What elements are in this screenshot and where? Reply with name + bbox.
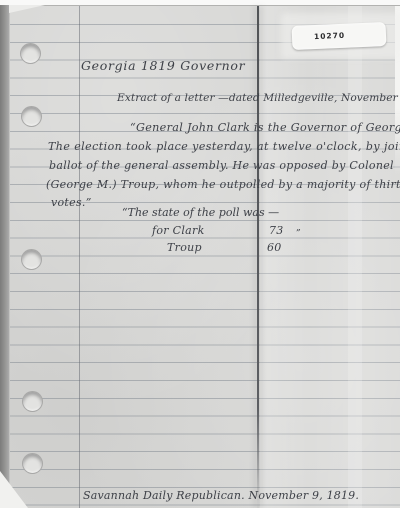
punch-hole bbox=[22, 453, 43, 474]
poll-row-candidate: Troup bbox=[167, 241, 202, 254]
poll-heading: “The state of the poll was — bbox=[122, 206, 279, 219]
poll-row-votes: 60 bbox=[267, 241, 282, 254]
margin-line bbox=[79, 6, 80, 508]
punch-hole bbox=[21, 106, 42, 127]
poll-row-candidate: for Clark bbox=[152, 224, 205, 237]
punch-hole bbox=[21, 249, 42, 270]
scan-light-band bbox=[260, 6, 400, 508]
body-line: (George M.) Troup, whom he outpolled by … bbox=[46, 178, 400, 191]
punch-hole bbox=[22, 391, 43, 412]
body-line: “General John Clark is the Governor of G… bbox=[130, 121, 400, 134]
poll-row-quote-mark: ” bbox=[296, 229, 301, 239]
catalog-sticker: 10270 bbox=[292, 22, 387, 50]
fold-crease bbox=[257, 6, 259, 508]
scanner-edge-strip bbox=[0, 0, 9, 508]
torn-corner-top-left bbox=[9, 5, 45, 13]
document-heading: Georgia 1819 Governor bbox=[81, 58, 245, 73]
poll-row-votes: 73 bbox=[269, 224, 284, 237]
scan-streak bbox=[348, 6, 362, 508]
citation-line: Savannah Daily Republican. November 9, 1… bbox=[83, 489, 359, 502]
body-line: ballot of the general assembly. He was o… bbox=[49, 159, 394, 172]
scanned-document: 10270 Georgia 1819 Governor Extract of a… bbox=[0, 0, 400, 508]
catalog-number: 10270 bbox=[292, 22, 387, 50]
body-line: The election took place yesterday, at tw… bbox=[48, 140, 400, 153]
body-line: votes.” bbox=[51, 196, 92, 209]
notebook-paper bbox=[9, 5, 400, 508]
source-line: Extract of a letter —dated Milledgeville… bbox=[117, 92, 400, 104]
punch-hole bbox=[20, 43, 41, 64]
